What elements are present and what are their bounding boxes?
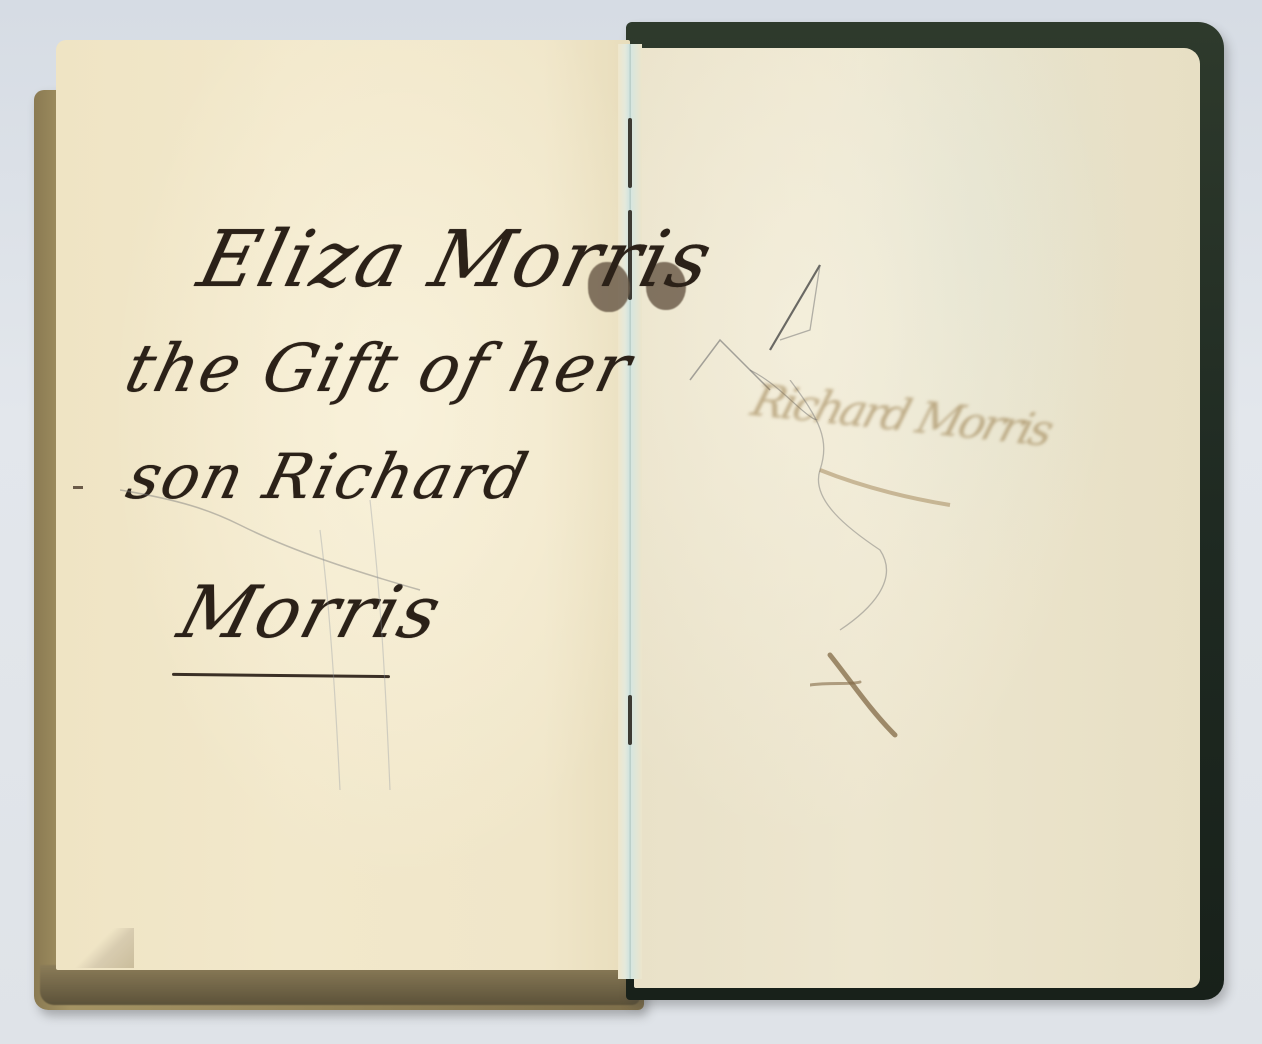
binding-thread-bottom: [628, 695, 632, 745]
pencil-sketch-left: [120, 470, 540, 790]
inscription-line-1: Eliza Morris: [190, 215, 722, 305]
left-page-block-edge: [40, 965, 640, 1005]
inscription-line-2: the Gift of her: [118, 330, 640, 407]
book-photo: Eliza Morris the Gift of her son Richard…: [0, 0, 1262, 1044]
ink-x-mark-icon: [810, 650, 900, 740]
pencil-outline-right: [760, 380, 1020, 640]
binding-thread-top: [628, 118, 632, 188]
margin-dash: [73, 486, 83, 489]
